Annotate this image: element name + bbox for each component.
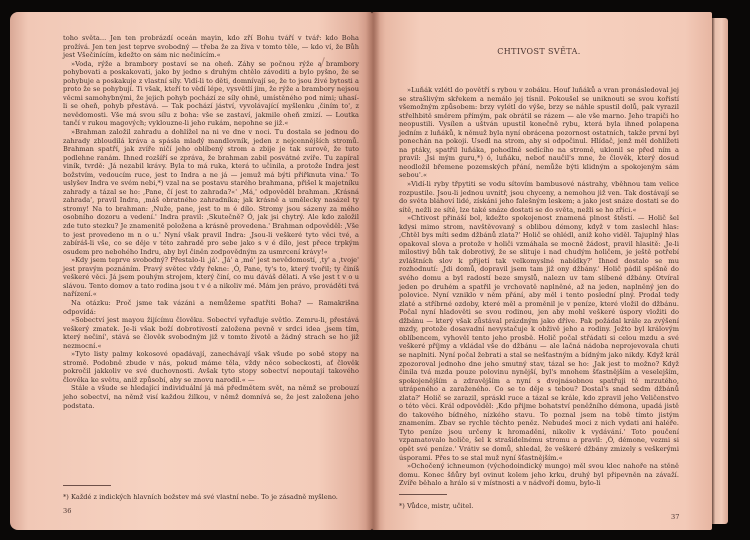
left-page: toho světa... Jen ten probrázdí oceán ma… — [10, 12, 372, 530]
paragraph: toho světa... Jen ten probrázdí oceán ma… — [63, 34, 359, 60]
page-number: 36 — [63, 507, 71, 515]
footnote-rule — [63, 485, 111, 486]
footnote-rule — [399, 494, 447, 495]
right-page-body: »Luňák vzlétl do povětří s rybou v zobák… — [399, 86, 679, 488]
paragraph: »Voda, rýže a brambory postaví se na ohe… — [63, 60, 359, 128]
right-footnote-block: *) Vůdce, mistr, učitel. — [399, 490, 679, 517]
footnote: *) Vůdce, mistr, učitel. — [399, 502, 679, 510]
paragraph: »Chtivost přináší bol, kdežto spokojenos… — [399, 214, 679, 462]
paragraph: »Luňák vzlétl do povětří s rybou v zobák… — [399, 86, 679, 180]
paragraph: »Brahman založil zahradu a dohlížel na n… — [63, 128, 359, 256]
right-page: CHTIVOST SVĚTA. »Luňák vzlétl do povětří… — [372, 12, 712, 530]
paragraph: »Tyto listy palmy kokosové opadávají, za… — [63, 350, 359, 384]
book-gutter — [366, 12, 380, 530]
paragraph: »Sobectví jest mayou žijícímu člověku. S… — [63, 316, 359, 350]
paragraph: Stále a všude se hledající individuální … — [63, 384, 359, 410]
left-footnote-block: *) Každé z indických hlavních božstev má… — [63, 481, 359, 508]
chapter-title: CHTIVOST SVĚTA. — [399, 47, 679, 56]
paragraph: Na otázku: Proč jsme tak vázáni a nemůže… — [63, 299, 359, 316]
page-edges — [712, 18, 728, 524]
paragraph: »Vidí-li ryby třpytiti se vodu sítovím b… — [399, 180, 679, 214]
paragraph: »Ochočený ichneumon (východoindický mung… — [399, 462, 679, 488]
left-page-body: toho světa... Jen ten probrázdí oceán ma… — [63, 34, 359, 410]
footnote: *) Každé z indických hlavních božstev má… — [63, 493, 359, 501]
book-spread: toho světa... Jen ten probrázdí oceán ma… — [10, 12, 732, 530]
page-number: 37 — [671, 513, 679, 521]
paragraph: »Kdy jsem teprve svobodný? Přestalo-li ‚… — [63, 256, 359, 299]
